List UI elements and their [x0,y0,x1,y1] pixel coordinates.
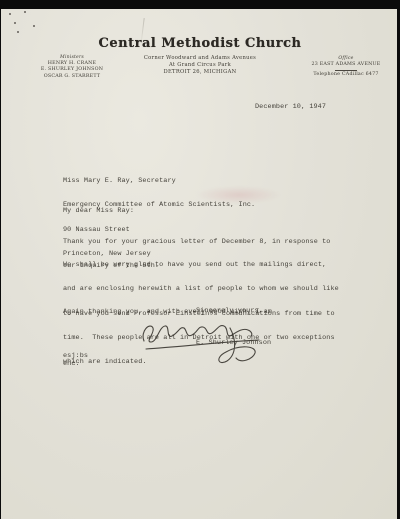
letter-date: December 10, 1947 [255,103,326,111]
reference-initials: esj:bs [63,352,88,360]
enclosure-note: enc. [63,360,80,368]
letterhead-church-name: Central Methodist Church [0,36,400,51]
pencil-mark [33,25,35,27]
pencil-mark [14,22,16,24]
pencil-mark [17,31,19,33]
pencil-mark [24,11,26,13]
recipient-line: Miss Mary E. Ray, Secretary [63,177,255,185]
closing: Sincerely yours, [196,307,263,315]
minister-name: E. SHURLEY JOHNSON [33,67,111,73]
letterhead-ministers-block: Ministers HENRY H. CRANE E. SHURLEY JOHN… [33,55,111,80]
typed-signature-name: E. Shurley Johnson [196,339,271,347]
pencil-mark [9,13,11,15]
office-divider [335,70,357,71]
office-address: 23 EAST ADAMS AVENUE [300,62,392,68]
salutation: My dear Miss Ray: [63,207,134,215]
body-line: We shall be very glad to have you send o… [63,261,339,269]
minister-name: OSCAR G. STARRETT [33,74,111,80]
letterhead-office-block: Office 23 EAST ADAMS AVENUE Telephone CA… [300,56,392,79]
office-phone: Telephone CAdillac 6477 [300,72,392,78]
